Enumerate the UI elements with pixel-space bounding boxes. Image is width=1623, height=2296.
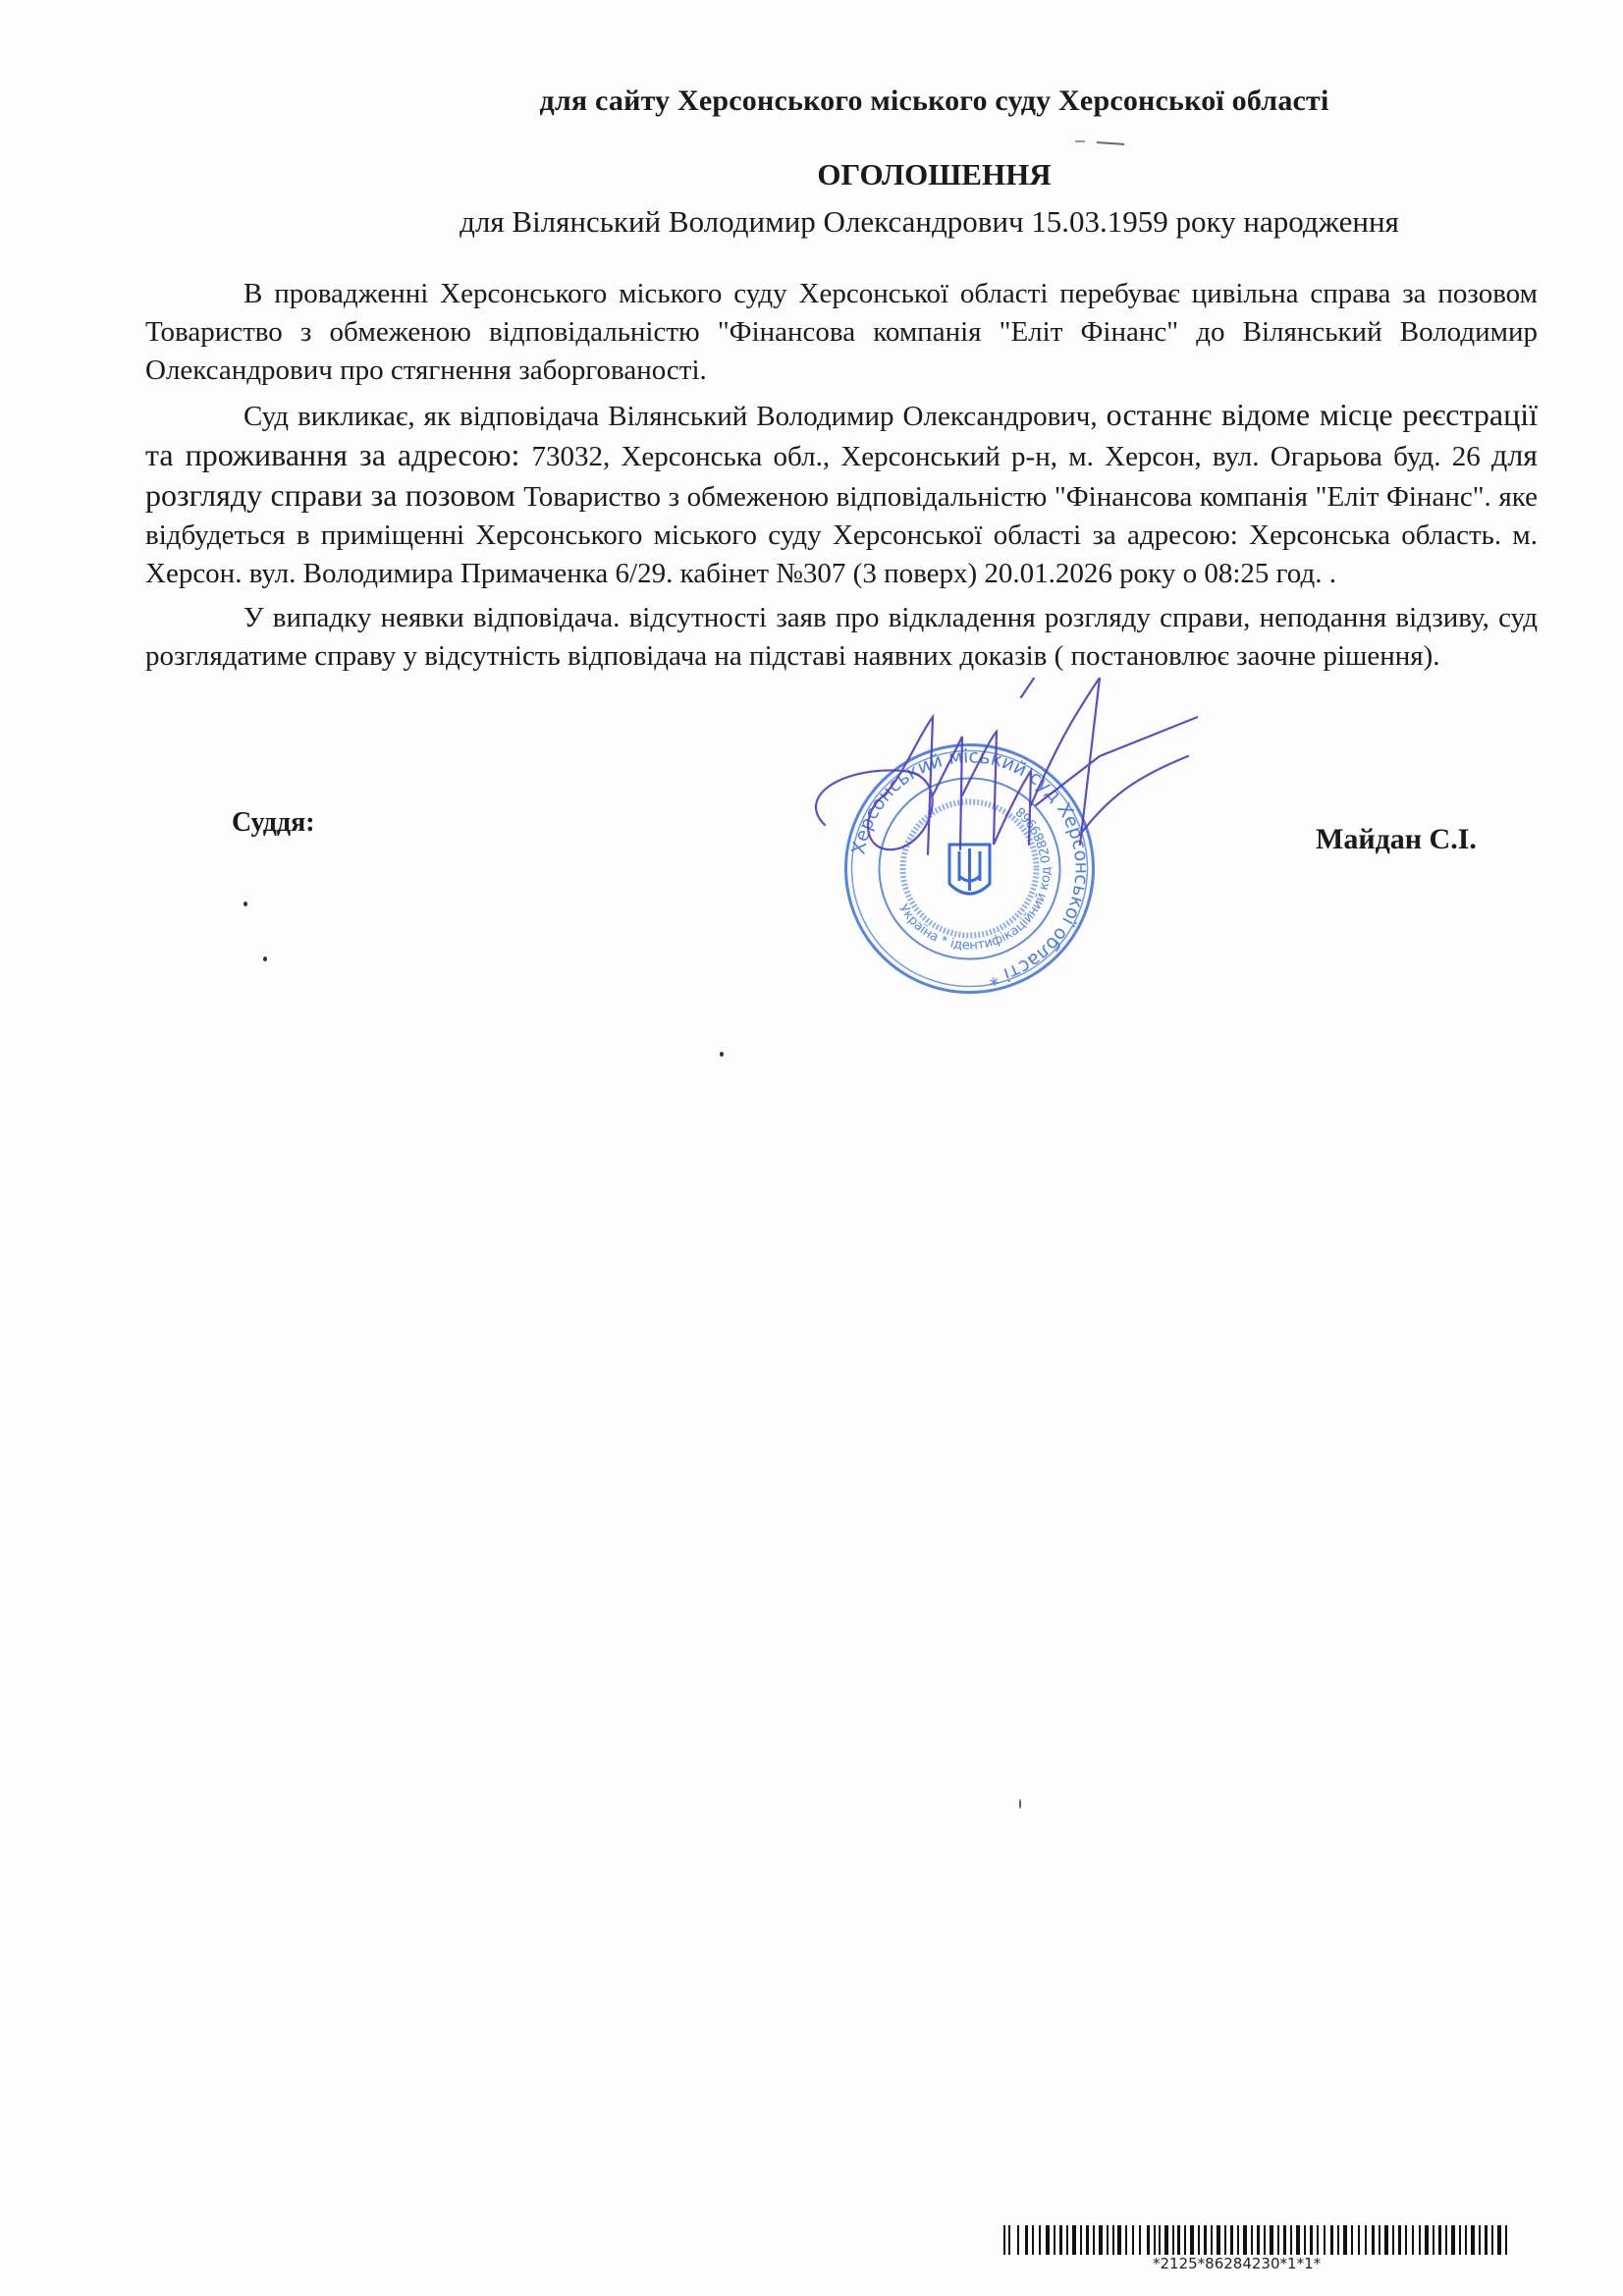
document-page: для сайту Херсонського міського суду Хер… xyxy=(0,0,1623,2296)
judge-label: Суддя: xyxy=(232,807,315,839)
paragraph-case-info: В провадженні Херсонського міського суду… xyxy=(145,275,1538,390)
judge-name: Майдан С.І. xyxy=(1316,823,1477,856)
document-subtitle: для Вілянський Володимир Олександрович 1… xyxy=(0,204,1623,240)
judge-signature-icon xyxy=(785,678,1198,933)
document-header: для сайту Херсонського міського суду Хер… xyxy=(0,84,1623,118)
scan-speck xyxy=(263,957,267,961)
scan-speck xyxy=(720,1052,724,1057)
scan-speck xyxy=(1019,1799,1021,1809)
document-title: ОГОЛОШЕННЯ xyxy=(0,157,1623,192)
scan-speck xyxy=(243,902,247,906)
scan-scratch-mark xyxy=(1075,137,1134,147)
paragraph-default-notice: У випадку неявки відповідача. відсутност… xyxy=(145,599,1538,676)
document-body: В провадженні Херсонського міського суду… xyxy=(145,275,1538,682)
barcode-icon xyxy=(1001,2225,1512,2255)
paragraph-summons: Суд викликає, як відповідача Вілянський … xyxy=(145,396,1538,593)
summons-address: 73032, Херсонська обл., Херсонський р-н,… xyxy=(531,441,1491,472)
barcode-text: *2125*86284230*1*1* xyxy=(1153,2255,1321,2272)
summons-part-1: Суд викликає, як відповідача Вілянський … xyxy=(243,401,1107,432)
